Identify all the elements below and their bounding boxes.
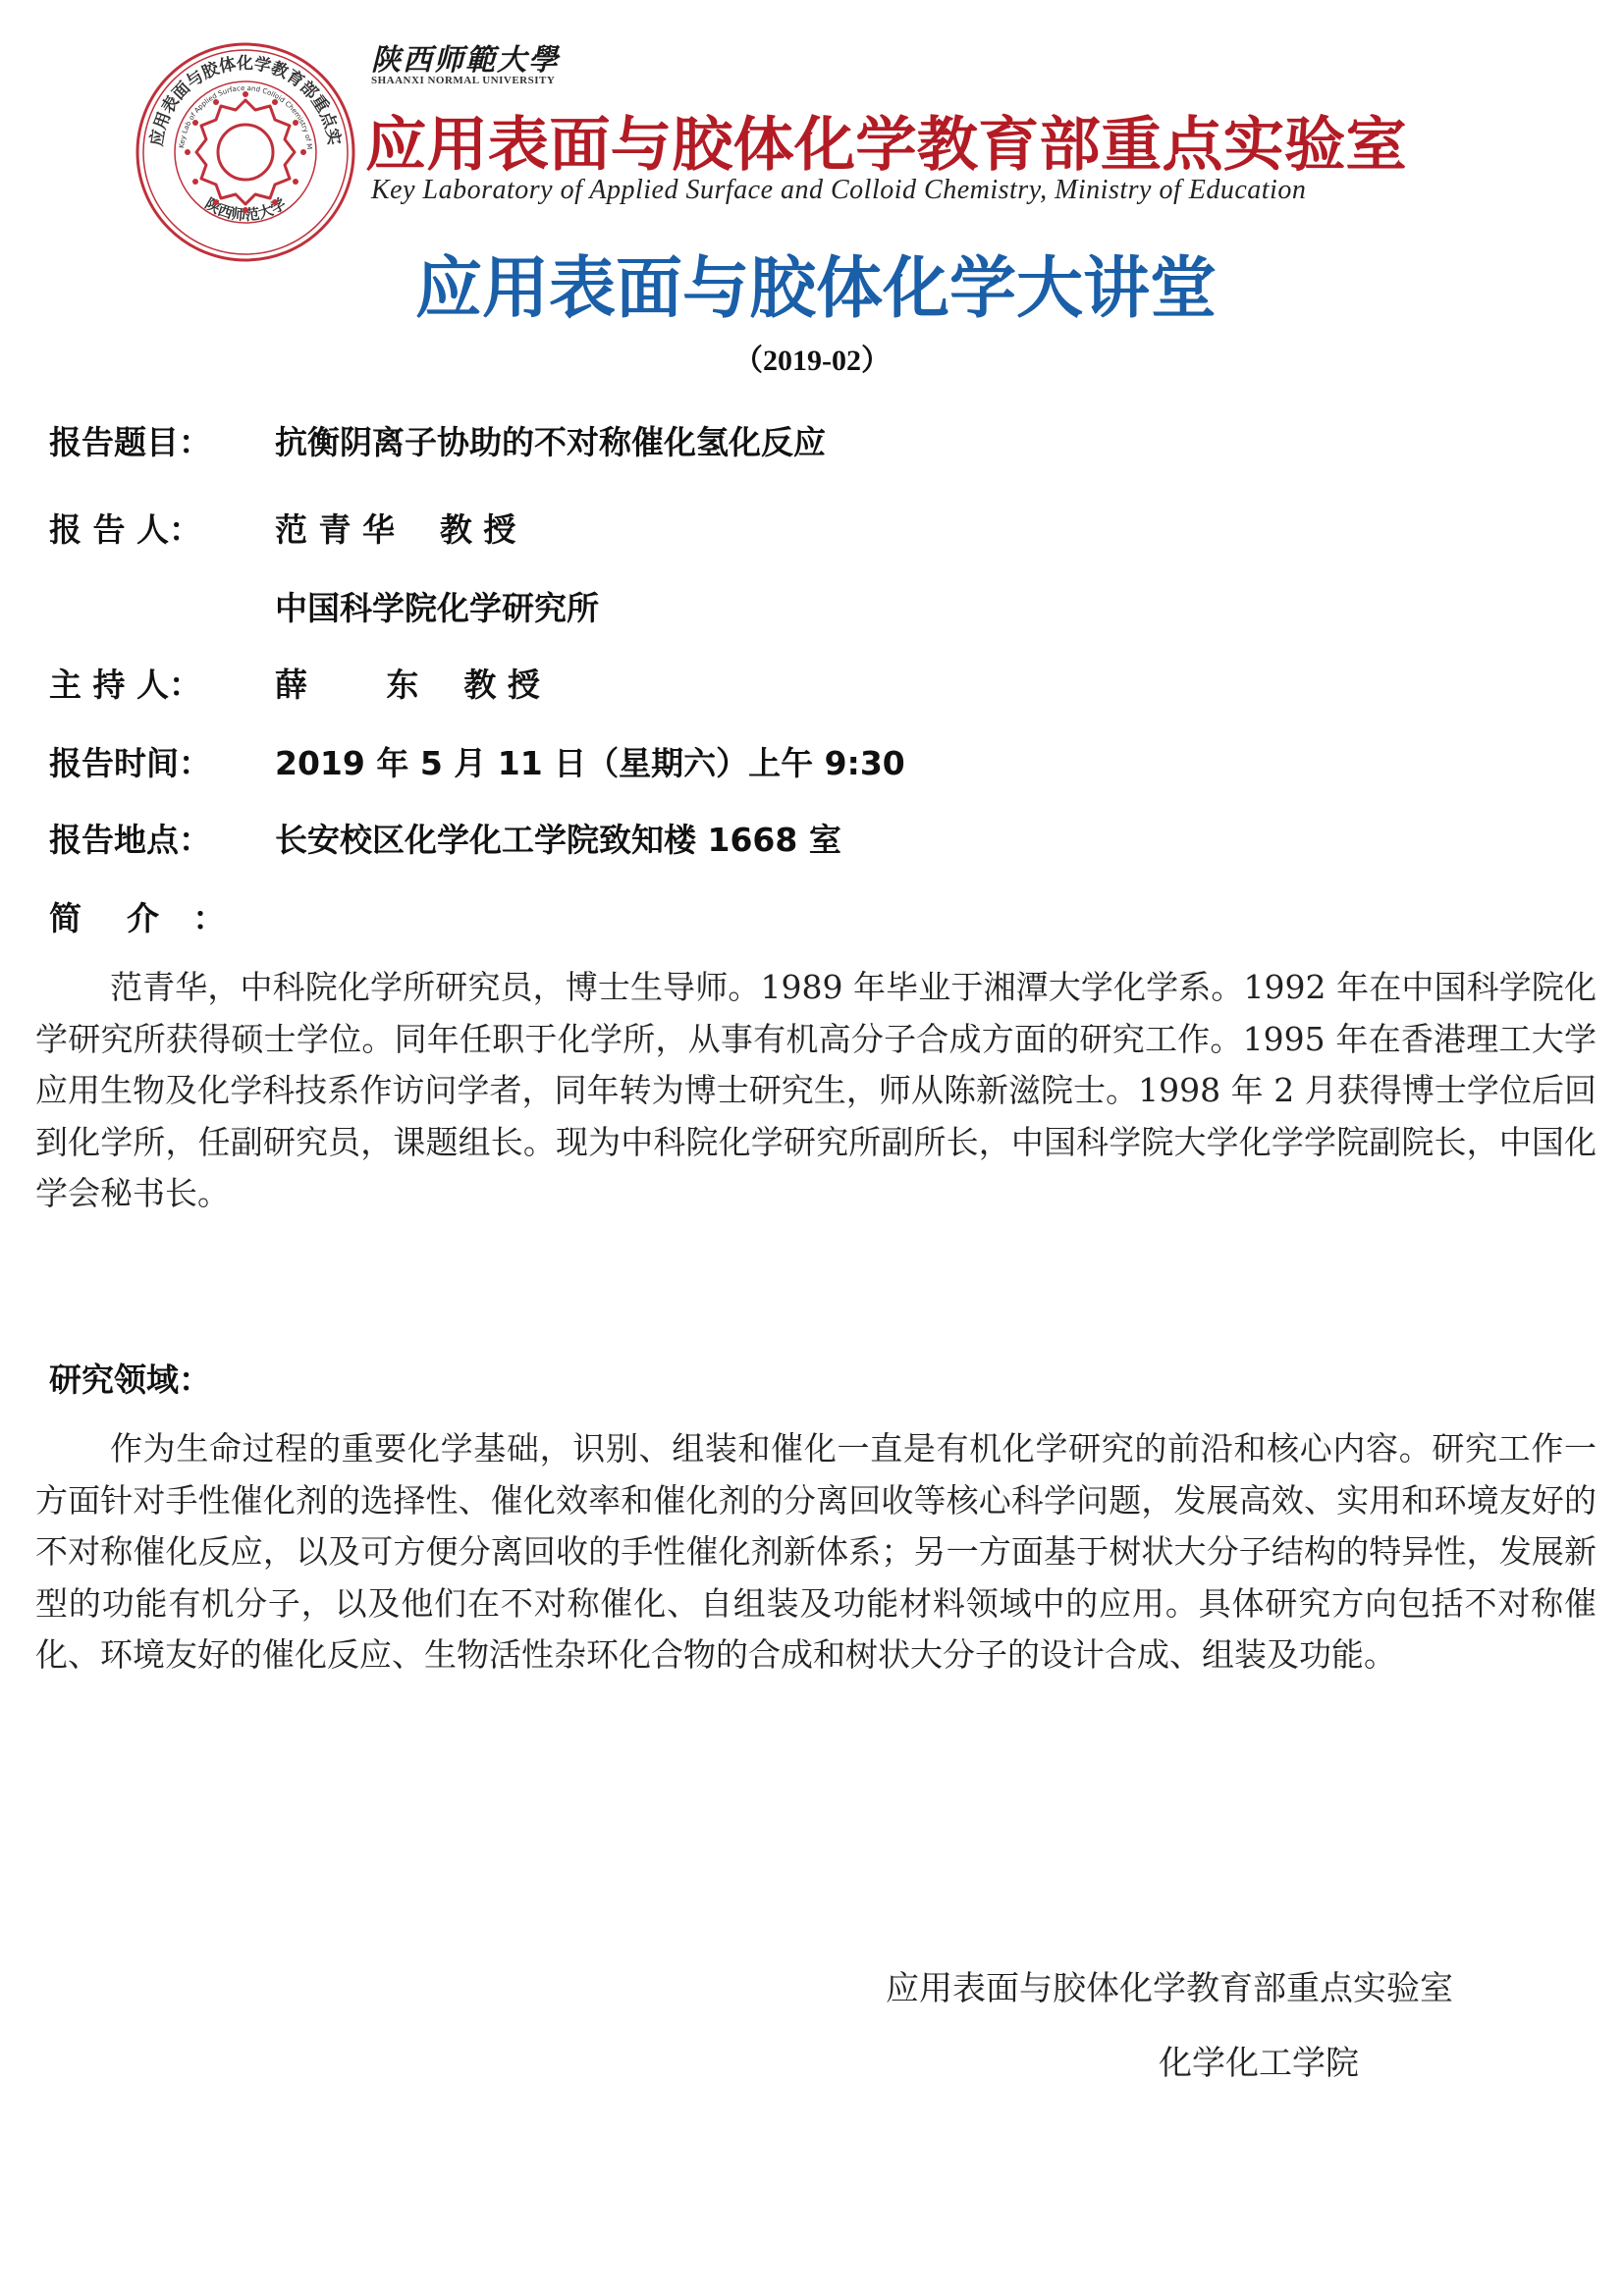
topic-value: 抗衡阴离子协助的不对称催化氢化反应 <box>275 417 826 463</box>
bio-paragraph: 范青华，中科院化学所研究员，博士生导师。1989 年毕业于湘潭大学化学系。199… <box>35 962 1597 1220</box>
location-label: 报告地点： <box>49 815 275 861</box>
info-speaker: 报 告 人：范 青 华 教 授 <box>49 505 515 551</box>
research-heading: 研究领域： <box>49 1355 211 1401</box>
speaker-affiliation: 中国科学院化学研究所 <box>275 583 599 629</box>
signature-lab: 应用表面与胶体化学教育部重点实验室 <box>886 1961 1453 2009</box>
speaker-label: 报 告 人： <box>49 505 275 551</box>
issue-number: （2019-02） <box>0 336 1624 379</box>
host-label: 主 持 人： <box>49 660 275 706</box>
time-label: 报告时间： <box>49 738 275 784</box>
lab-name-en: Key Laboratory of Applied Surface and Co… <box>371 175 1306 206</box>
university-name-en: SHAANXI NORMAL UNIVERSITY <box>371 75 555 86</box>
info-time: 报告时间：2019 年 5 月 11 日（星期六）上午 9:30 <box>49 738 905 784</box>
signature-college: 化学化工学院 <box>1159 2036 1359 2084</box>
info-location: 报告地点：长安校区化学化工学院致知楼 1668 室 <box>49 815 841 861</box>
time-value: 2019 年 5 月 11 日（星期六）上午 9:30 <box>275 738 905 784</box>
bio-heading: 简 介 ： <box>49 893 225 939</box>
seal-icon: 应用表面与胶体化学教育部重点实验室 Key Lab of Applied Sur… <box>133 39 358 265</box>
info-host: 主 持 人：薛 东 教 授 <box>49 660 540 706</box>
university-name-cn: 陕西师範大學 <box>371 35 560 79</box>
lab-name-cn: 应用表面与胶体化学教育部重点实验室 <box>365 98 1407 183</box>
speaker-value: 范 青 华 教 授 <box>275 505 515 551</box>
page-title: 应用表面与胶体化学大讲堂 <box>0 236 1624 331</box>
topic-label: 报告题目： <box>49 417 275 463</box>
info-topic: 报告题目：抗衡阴离子协助的不对称催化氢化反应 <box>49 417 826 463</box>
info-affiliation: 中国科学院化学研究所 <box>49 583 599 629</box>
research-paragraph: 作为生命过程的重要化学基础，识别、组装和催化一直是有机化学研究的前沿和核心内容。… <box>35 1423 1597 1682</box>
location-value: 长安校区化学化工学院致知楼 1668 室 <box>275 815 841 861</box>
lab-seal-logo: 应用表面与胶体化学教育部重点实验室 Key Lab of Applied Sur… <box>133 39 358 265</box>
host-value: 薛 东 教 授 <box>275 660 540 706</box>
